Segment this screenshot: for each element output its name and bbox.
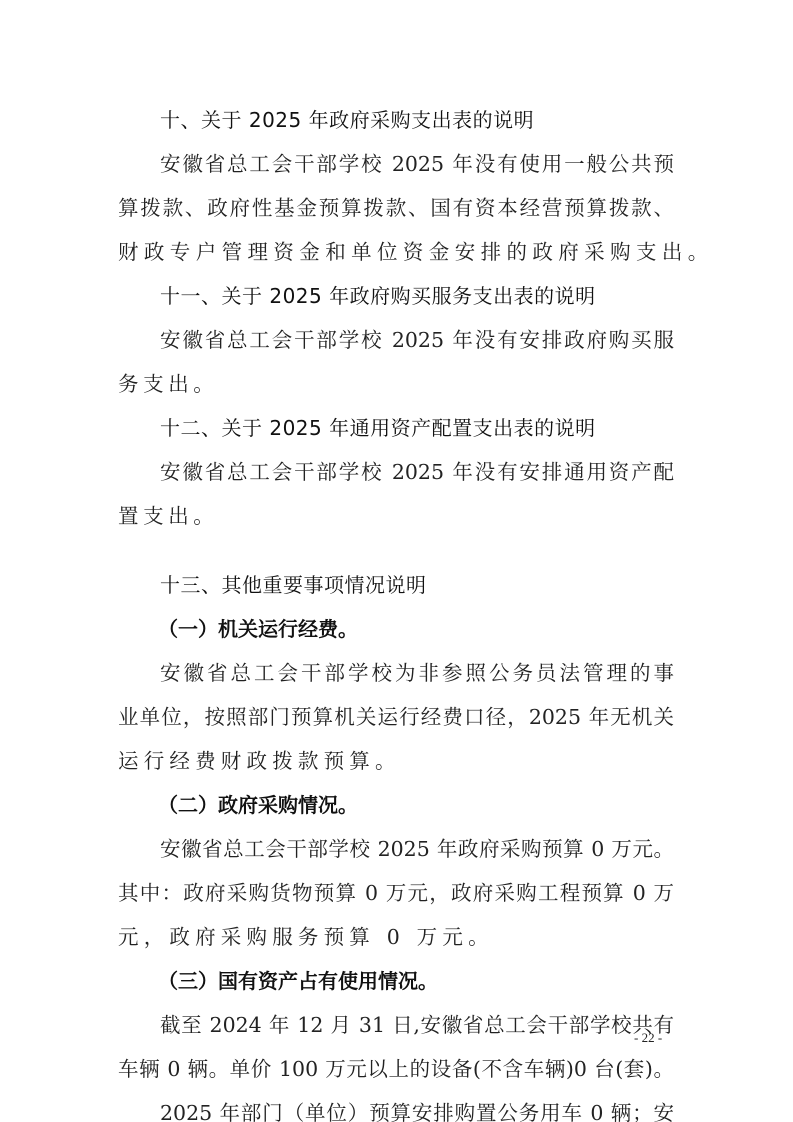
subsection-3-paragraph-line: 车辆 0 辆。单价 100 万元以上的设备(不含车辆)0 台(套)。 <box>118 1054 674 1084</box>
section-10-heading: 十、关于 2025 年政府采购支出表的说明 <box>160 105 534 135</box>
section-11-paragraph-line: 安徽省总工会干部学校 2025 年没有安排政府购买服 <box>160 325 674 355</box>
subsection-1-paragraph-line: 安徽省总工会干部学校为非参照公务员法管理的事 <box>160 658 674 688</box>
section-12-heading: 十二、关于 2025 年通用资产配置支出表的说明 <box>160 413 596 443</box>
section-10-paragraph-line: 财政专户管理资金和单位资金安排的政府采购支出。 <box>118 237 714 267</box>
line-suffix-text: 预算安排购置公务用车 0 辆；安 <box>369 1101 674 1122</box>
subsection-3-heading: （三）国有资产占有使用情况。 <box>158 966 438 996</box>
page-number: - 22 - <box>634 1030 662 1046</box>
subsection-2-paragraph-line: 元，政府采购服务预算 0 万元。 <box>118 922 494 952</box>
section-12-paragraph-line: 安徽省总工会干部学校 2025 年没有安排通用资产配 <box>160 457 674 487</box>
section-10-paragraph-line: 算拨款、政府性基金预算拨款、国有资本经营预算拨款、 <box>118 193 674 223</box>
subsection-3-paragraph-line: 2025 年部门（单位）预算安排购置公务用车 0 辆；安 <box>160 1098 674 1122</box>
underlined-unit-text: （单位） <box>284 1101 370 1122</box>
section-12-paragraph-line: 置支出。 <box>118 501 218 531</box>
subsection-1-paragraph-line: 业单位，按照部门预算机关运行经费口径，2025 年无机关 <box>118 702 674 732</box>
section-13-heading: 十三、其他重要事项情况说明 <box>160 570 427 600</box>
subsection-2-heading: （二）政府采购情况。 <box>158 790 358 820</box>
subsection-2-paragraph-line: 其中：政府采购货物预算 0 万元，政府采购工程预算 0 万 <box>118 878 674 908</box>
subsection-3-paragraph-line: 截至 2024 年 12 月 31 日,安徽省总工会干部学校共有 <box>160 1010 674 1040</box>
subsection-1-heading: （一）机关运行经费。 <box>158 614 358 644</box>
subsection-2-paragraph-line: 安徽省总工会干部学校 2025 年政府采购预算 0 万元。 <box>160 834 674 864</box>
line-prefix-text: 2025 年部门 <box>160 1101 284 1122</box>
section-10-paragraph-line: 安徽省总工会干部学校 2025 年没有使用一般公共预 <box>160 149 674 179</box>
section-11-paragraph-line: 务支出。 <box>118 369 218 399</box>
section-11-heading: 十一、关于 2025 年政府购买服务支出表的说明 <box>160 281 596 311</box>
subsection-1-paragraph-line: 运行经费财政拨款预算。 <box>118 746 401 776</box>
